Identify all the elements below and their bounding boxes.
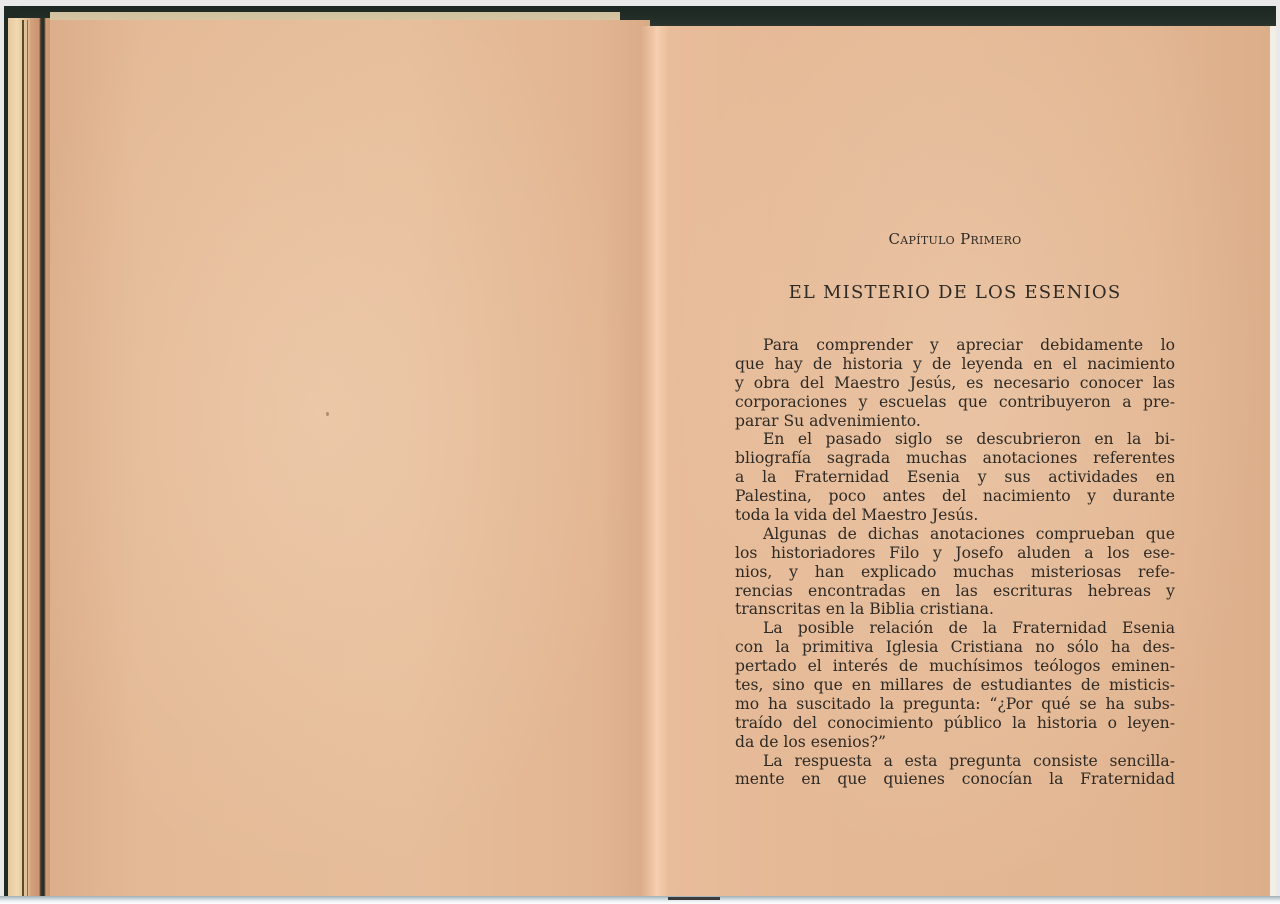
text-line: Algunas de dichas anotaciones comprueban… xyxy=(735,525,1175,544)
text-line: los historiadores Filo y Josefo aluden a… xyxy=(735,544,1175,563)
scan-bottom-mark xyxy=(668,897,720,900)
scan-bottom-edge xyxy=(0,896,1280,904)
text-line: La posible relación de la Fraternidad Es… xyxy=(735,619,1175,638)
text-line: traído del conocimiento público la histo… xyxy=(735,714,1175,733)
left-page-blank xyxy=(50,20,650,896)
text-line: parar Su advenimiento. xyxy=(735,412,1175,431)
text-line: La respuesta a esta pregunta consiste se… xyxy=(735,752,1175,771)
text-line: tes, sino que en millares de estudiantes… xyxy=(735,676,1175,695)
text-line: y obra del Maestro Jesús, es necesario c… xyxy=(735,374,1175,393)
chapter-body: Para comprender y apreciar debidamente l… xyxy=(735,336,1175,789)
text-line: rencias encontradas en las escrituras he… xyxy=(735,582,1175,601)
page-stack-line xyxy=(27,20,28,896)
text-line: Para comprender y apreciar debidamente l… xyxy=(735,336,1175,355)
text-line: que hay de historia y de leyenda en el n… xyxy=(735,355,1175,374)
scanned-book-spread: Capítulo Primero EL MISTERIO DE LOS ESEN… xyxy=(0,0,1280,904)
paper-speck xyxy=(326,412,329,416)
text-line: Palestina, poco antes del nacimiento y d… xyxy=(735,487,1175,506)
text-line: pertado el interés de muchísimos teólogo… xyxy=(735,657,1175,676)
book-gutter xyxy=(640,26,670,896)
text-line: transcritas en la Biblia cristiana. xyxy=(735,600,1175,619)
text-line: toda la vida del Maestro Jesús. xyxy=(735,506,1175,525)
binding-strip xyxy=(30,18,50,896)
chapter-title: EL MISTERIO DE LOS ESENIOS xyxy=(735,282,1175,303)
right-page-edge xyxy=(1270,26,1276,896)
chapter-label: Capítulo Primero xyxy=(735,230,1175,248)
text-line: nios, y han explicado muchas misteriosas… xyxy=(735,563,1175,582)
text-line: corporaciones y escuelas que contribuyer… xyxy=(735,393,1175,412)
text-line: mente en que quienes conocían la Fratern… xyxy=(735,770,1175,789)
text-line: a la Fraternidad Esenia y sus actividade… xyxy=(735,468,1175,487)
text-line: da de los esenios?” xyxy=(735,733,1175,752)
text-line: bliografía sagrada muchas anotaciones re… xyxy=(735,449,1175,468)
text-line: En el pasado siglo se descubrieron en la… xyxy=(735,430,1175,449)
text-line: mo ha suscitado la pregunta: “¿Por qué s… xyxy=(735,695,1175,714)
page-stack-line xyxy=(22,20,24,896)
text-line: con la primitiva Iglesia Cristiana no só… xyxy=(735,638,1175,657)
